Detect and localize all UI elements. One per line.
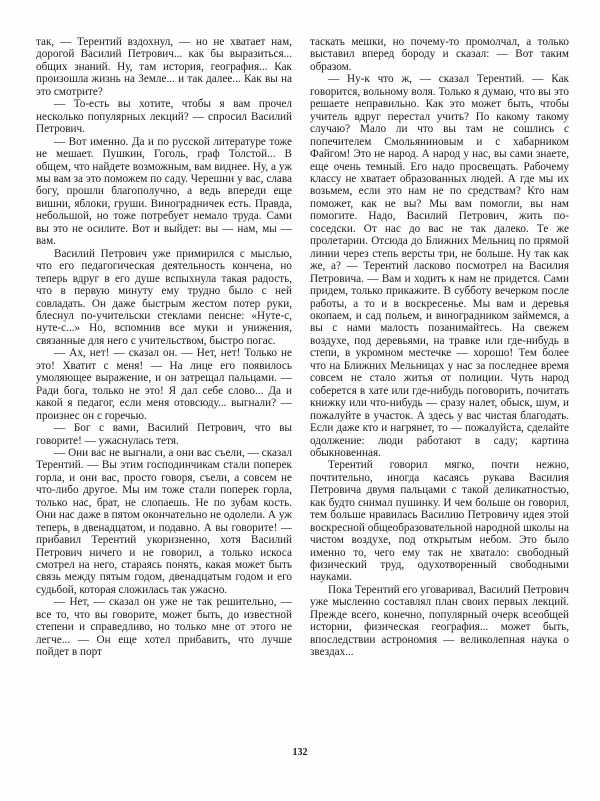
paragraph: — Вот именно. Да и по русской литературе… — [36, 136, 292, 248]
book-page: так, — Терентий вздохнул, — но не хватае… — [0, 0, 600, 801]
paragraph: — Ну-к что ж, — сказал Терентий. — Как г… — [310, 73, 569, 459]
paragraph: так, — Терентий вздохнул, — но не хватае… — [36, 36, 292, 98]
paragraph: — Ах, нет! — сказал он. — Нет, нет! Толь… — [36, 347, 292, 422]
paragraph: — То-есть вы хотите, чтобы я вам прочел … — [36, 98, 292, 135]
paragraph: — Бог с вами, Василий Петрович, что вы г… — [36, 422, 292, 447]
paragraph: таскать мешки, но почему-то промолчал, а… — [310, 36, 569, 73]
paragraph: Пока Терентий его уговаривал, Василий Пе… — [310, 584, 569, 659]
paragraph: — Нет, — сказал он уже не так решительно… — [36, 596, 292, 658]
page-number: 132 — [0, 747, 600, 758]
left-column: так, — Терентий вздохнул, — но не хватае… — [36, 36, 292, 659]
paragraph: Терентий говорил мягко, почти нежно, поч… — [310, 459, 569, 584]
paragraph: — Они вас не выгнали, а они вас съели, —… — [36, 447, 292, 596]
paragraph: Василий Петрович уже примирился с мыслью… — [36, 248, 292, 348]
right-column: таскать мешки, но почему-то промолчал, а… — [310, 36, 569, 659]
